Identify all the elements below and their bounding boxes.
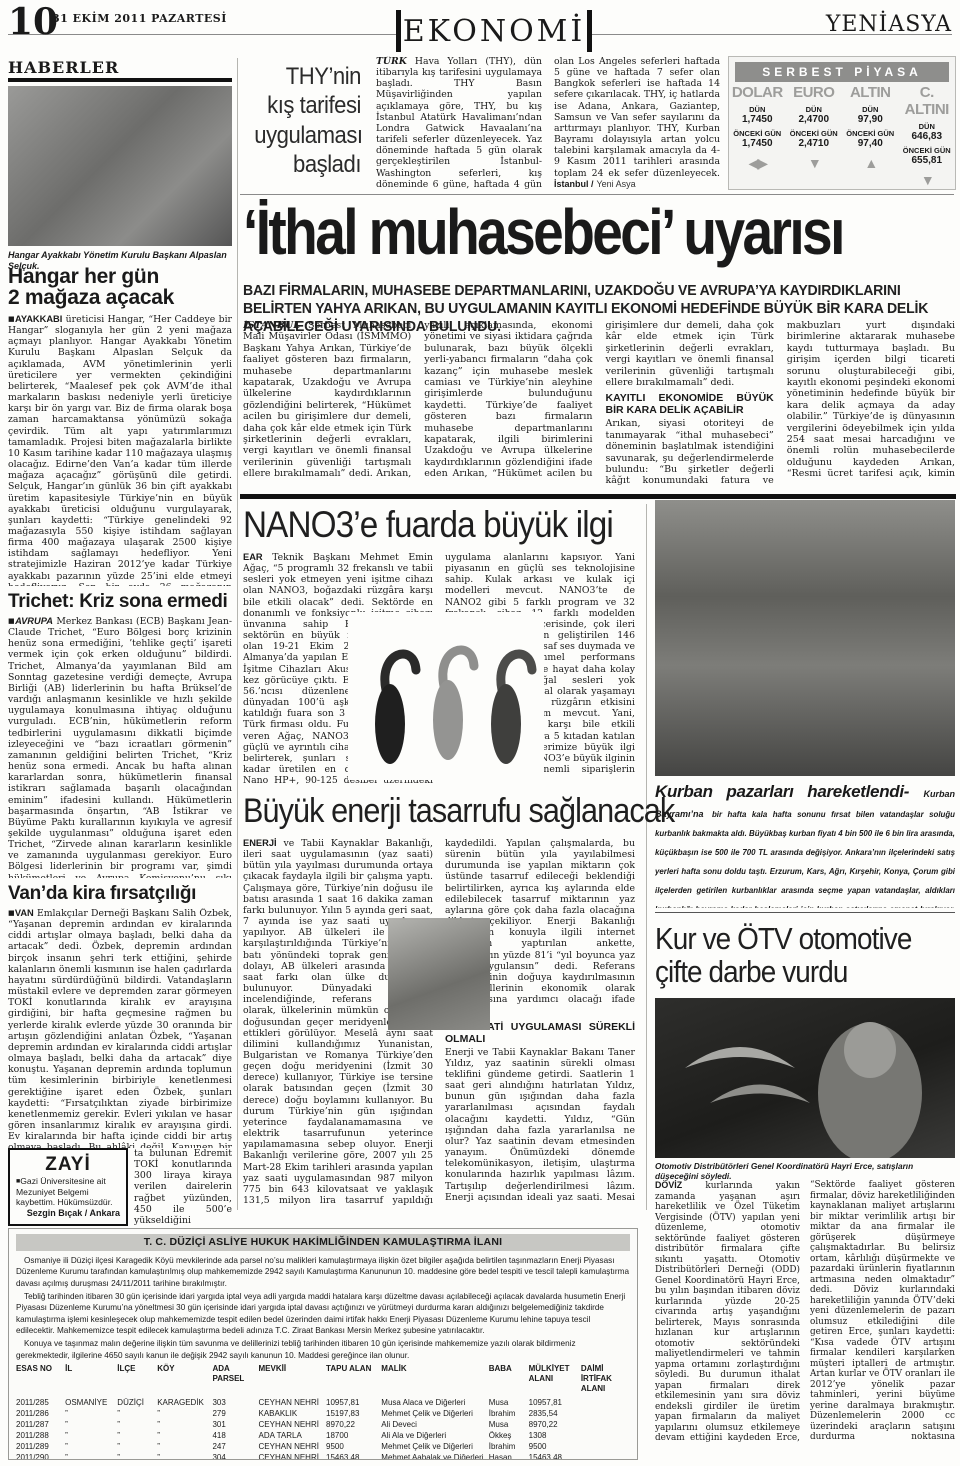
section-left-bar-icon: [396, 10, 401, 52]
c-altini-today-value: 646,83: [899, 131, 956, 142]
newspaper-brand: YENİASYA: [826, 12, 952, 37]
strip-divider-rule: [240, 194, 954, 195]
c-altini-label: C. ALTINI: [899, 84, 956, 118]
van-body-tail: ta bulunan Edremit TOKİ konutlarında 300…: [134, 1148, 232, 1226]
c-altini-down-trend-icon: ▼: [899, 172, 956, 188]
thy-headline: THY’nin kış tarifesi uygulaması başladı: [254, 62, 361, 179]
notice-paragraph-2: Tebliğ tarihinden itibaren 30 gün içeris…: [16, 1291, 630, 1336]
square-bullet-icon: ■: [8, 909, 15, 917]
kurban-otv-divider: [655, 912, 955, 913]
market-col-dolar: DOLAR DÜN 1,7450 ÖNCEKİ GÜN 1,7450 ◀▶: [729, 84, 786, 172]
thy-lead: TÜRK: [376, 56, 407, 67]
energy-lead: ENERJİ: [243, 838, 277, 848]
energy-headline: Büyük enerji tasarrufu sağlanacak: [243, 794, 674, 829]
expropriation-table: ESAS NO İL İLÇE KÖY ADA PARSEL MEVKİİ TA…: [16, 1363, 630, 1460]
market-box: SERBEST PİYASA DOLAR DÜN 1,7450 ÖNCEKİ G…: [728, 56, 956, 190]
nano-headline: NANO3’e fuarda büyük ilgi: [243, 506, 613, 544]
van-headline: Van’da kira fırsatçılığı: [8, 884, 232, 904]
section-right-bar-icon: [587, 10, 592, 52]
kurban-caption-title: Kurban pazarları hareketlendi-: [655, 782, 909, 801]
dolar-flat-trend-icon: ◀▶: [729, 155, 786, 172]
zayi-title: ZAYİ: [16, 1154, 120, 1176]
table-row: 2011/285OSMANİYEDÜZİÇİKARAGEDİK303CEYHAN…: [16, 1398, 630, 1409]
van-lead: VAN: [15, 908, 34, 918]
trichet-body: ■AVRUPA Merkez Bankası (ECB) Başkanı Jea…: [8, 616, 232, 878]
main-body: İSTANBUL Serbest Muhasebeci Mali Müşavir…: [243, 320, 955, 490]
market-title: SERBEST PİYASA: [735, 62, 949, 82]
haberler-rule: [8, 78, 232, 82]
notice-title: T. C. DÜZİÇİ ASLİYE HUKUK HAKİMLİĞİNDEN …: [16, 1234, 630, 1251]
kurban-market-photo: [655, 500, 955, 776]
altin-label: ALTIN: [842, 84, 899, 101]
page-number: 10: [8, 4, 58, 40]
dolar-label: DOLAR: [729, 84, 786, 101]
otv-photo-caption: Otomotiv Distribütörleri Genel Koordinat…: [655, 1162, 955, 1182]
expropriation-notice: T. C. DÜZİÇİ ASLİYE HUKUK HAKİMLİĞİNDEN …: [8, 1228, 638, 1460]
left-column-divider: [237, 58, 238, 1210]
main-headline: ‘İthal muhasebeci’ uyarısı: [243, 200, 843, 264]
section-header: EKONOMİ: [396, 8, 592, 54]
hangar-lead: AYAKKABI: [15, 314, 62, 324]
dolar-prev-value: 1,7450: [729, 138, 786, 149]
section-title: EKONOMİ: [403, 14, 586, 49]
market-col-c-altini: C. ALTINI DÜN 646,83 ÖNCEKİ GÜN 655,81 ▼: [899, 84, 956, 188]
euro-label: EURO: [786, 84, 843, 101]
main-lead: İSTANBUL: [243, 320, 300, 331]
van-wrap-row: ZAYİ ■Gazi Üniversitesine ait Mezuniyet …: [8, 1148, 232, 1226]
hearing-aids-illustration: [348, 612, 544, 780]
table-row: 2011/289”””247CEYHAN NEHRİ9500Mehmet Çel…: [16, 1442, 630, 1453]
table-row: 2011/288”””418ADA TARLA18700Ali Ala ve D…: [16, 1431, 630, 1442]
hearing-aids-photo: [348, 612, 544, 780]
table-row: 2011/290”””304CEYHAN NEHRİ15463,48Mehmet…: [16, 1453, 630, 1460]
otv-body: DÖVİZ kurlarında yakın zamanda yaşanan a…: [655, 1180, 955, 1446]
dolar-today-value: 1,7450: [729, 114, 786, 125]
square-bullet-icon: ■: [8, 315, 15, 323]
middle-right-divider: [646, 504, 647, 1210]
notice-paragraph-3: Konuya ve taşınmaz malın değerine ilişki…: [16, 1338, 630, 1361]
newspaper-page: 10 31 EKİM 2011 PAZARTESİ EKONOMİ YENİAS…: [0, 0, 960, 1466]
table-header-row: ESAS NO İL İLÇE KÖY ADA PARSEL MEVKİİ TA…: [16, 1363, 630, 1398]
altin-today-value: 97,90: [842, 114, 899, 125]
hayri-erce-photo: [655, 998, 955, 1158]
c-altini-prev-value: 655,81: [899, 155, 956, 166]
thy-dateline: İstanbul /: [554, 179, 594, 189]
euro-down-trend-icon: ▼: [786, 155, 843, 171]
otv-headline: Kur ve ÖTV otomotive çifte darbe vurdu: [655, 922, 952, 989]
altin-up-trend-icon: ▲: [842, 155, 899, 171]
market-col-euro: EURO DÜN 2,4700 ÖNCEKİ GÜN 2,4710 ▼: [786, 84, 843, 171]
market-col-altin: ALTIN DÜN 97,90 ÖNCEKİ GÜN 97,40 ▲: [842, 84, 899, 171]
trichet-lead: AVRUPA: [15, 616, 53, 626]
hangar-body: ■AYAKKABI üreticisi Hangar, “Her Caddeye…: [8, 314, 232, 586]
haberler-label: HABERLER: [8, 58, 119, 77]
trichet-headline: Trichet: Kriz sona ermedi: [8, 592, 232, 612]
otv-lead: DÖVİZ: [655, 1180, 682, 1190]
hangar-headline: Hangar her gün 2 mağaza açacak: [8, 266, 232, 309]
table-row: 2011/286”””279KABAKLIK15197,83Mehmet Çel…: [16, 1409, 630, 1420]
main-bottom-rule: [240, 494, 956, 499]
zayi-box: ZAYİ ■Gazi Üniversitesine ait Mezuniyet …: [8, 1148, 128, 1226]
altin-prev-value: 97,40: [842, 138, 899, 149]
hangar-photo: [8, 86, 232, 246]
brand-chevron-icon: [655, 998, 955, 1158]
euro-prev-value: 2,4710: [786, 138, 843, 149]
taner-yildiz-photo: [388, 918, 490, 1030]
thy-body: TÜRK Hava Yolları (THY), dün itibarıyla …: [376, 56, 720, 190]
table-row: 2011/287”””301CEYHAN NEHRİ8970,22Ali Dev…: [16, 1420, 630, 1431]
kurban-caption: Kurban pazarları hareketlendi- Kurban Ba…: [655, 782, 955, 908]
zayi-signature: Sezgin Bıçak / Ankara: [16, 1208, 120, 1218]
thy-agency: Yeni Asya: [596, 179, 635, 189]
euro-today-value: 2,4700: [786, 114, 843, 125]
notice-paragraph-1: Osmaniye ili Düziçi ilçesi Karagedik Köy…: [16, 1255, 630, 1289]
zayi-body: ■Gazi Üniversitesine ait Mezuniyet Belge…: [16, 1176, 120, 1208]
van-body: ■VAN Emlakçılar Derneği Başkanı Salih Öz…: [8, 908, 232, 1148]
main-inner-subhead: KAYITLI EKONOMİDE BÜYÜK BİR KARA DELİK A…: [606, 392, 774, 416]
issue-date: 31 EKİM 2011 PAZARTESİ: [52, 12, 227, 25]
nano-lead: EAR: [243, 552, 263, 562]
